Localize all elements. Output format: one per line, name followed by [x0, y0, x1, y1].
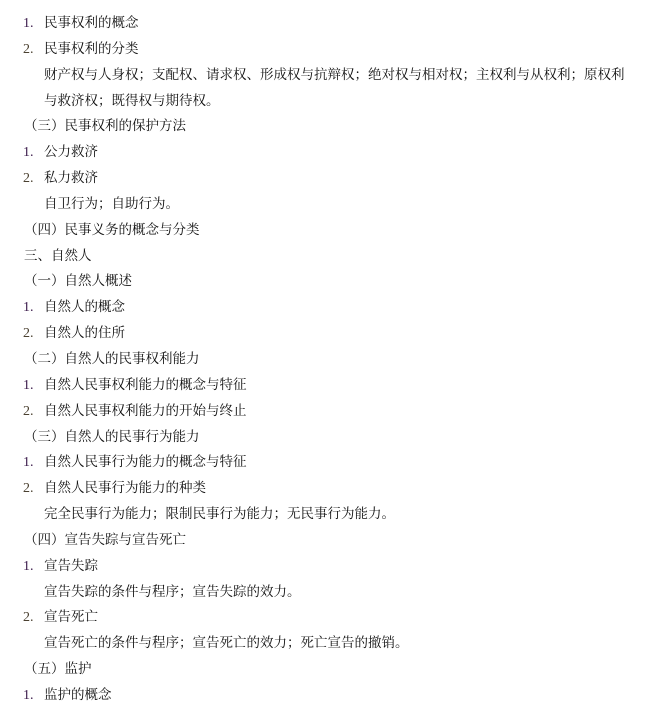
paragraph-line: 自卫行为；自助行为。 [0, 192, 665, 218]
item-text: 自然人民事行为能力的概念与特征 [44, 450, 247, 476]
item-text: 民事权利的概念 [44, 11, 139, 37]
subsection-heading: （四）民事义务的概念与分类 [0, 218, 665, 244]
list-item: 1. 自然人的概念 [0, 295, 665, 321]
item-number: 1. [23, 683, 34, 709]
item-number: 2. [23, 37, 34, 63]
list-item: 1. 自然人民事行为能力的概念与特征 [0, 450, 665, 476]
list-item: 1. 公力救济 [0, 140, 665, 166]
item-text: 自然人民事权利能力的开始与终止 [44, 399, 247, 425]
item-number: 1. [23, 140, 34, 166]
subsection-heading: （五）监护 [0, 657, 665, 683]
item-text: 自然人民事行为能力的种类 [44, 476, 206, 502]
section-heading: 三、自然人 [0, 244, 665, 270]
subsection-heading: （三）自然人的民事行为能力 [0, 425, 665, 451]
list-item: 1. 监护的概念 [0, 683, 665, 709]
subsection-heading: （三）民事权利的保护方法 [0, 114, 665, 140]
item-text: 监护的概念 [44, 683, 112, 709]
paragraph-line: 财产权与人身权；支配权、请求权、形成权与抗辩权；绝对权与相对权；主权利与从权利；… [0, 63, 665, 89]
paragraph-line: 与救济权；既得权与期待权。 [0, 89, 665, 115]
body-text: 与救济权；既得权与期待权。 [44, 89, 220, 115]
list-item: 1. 宣告失踪 [0, 554, 665, 580]
item-number: 2. [23, 321, 34, 347]
subsection-title: （四）民事义务的概念与分类 [24, 218, 200, 244]
subsection-heading: （四）宣告失踪与宣告死亡 [0, 528, 665, 554]
list-item: 1. 民事权利的概念 [0, 11, 665, 37]
item-text: 私力救济 [44, 166, 98, 192]
subsection-heading: （二）自然人的民事权利能力 [0, 347, 665, 373]
body-text: 宣告失踪的条件与程序；宣告失踪的效力。 [44, 580, 301, 606]
list-item: 2. 私力救济 [0, 166, 665, 192]
body-text: 财产权与人身权；支配权、请求权、形成权与抗辩权；绝对权与相对权；主权利与从权利；… [44, 63, 625, 89]
body-text: 完全民事行为能力；限制民事行为能力；无民事行为能力。 [44, 502, 395, 528]
item-number: 1. [23, 554, 34, 580]
document-body: 1. 民事权利的概念 2. 民事权利的分类 财产权与人身权；支配权、请求权、形成… [0, 11, 665, 709]
item-text: 宣告死亡 [44, 605, 98, 631]
paragraph-line: 宣告失踪的条件与程序；宣告失踪的效力。 [0, 580, 665, 606]
item-text: 民事权利的分类 [44, 37, 139, 63]
list-item: 1. 自然人民事权利能力的概念与特征 [0, 373, 665, 399]
subsection-title: （二）自然人的民事权利能力 [24, 347, 200, 373]
list-item: 2. 自然人民事权利能力的开始与终止 [0, 399, 665, 425]
paragraph-line: 宣告死亡的条件与程序；宣告死亡的效力；死亡宣告的撤销。 [0, 631, 665, 657]
item-number: 2. [23, 166, 34, 192]
subsection-title: （四）宣告失踪与宣告死亡 [24, 528, 186, 554]
body-text: 宣告死亡的条件与程序；宣告死亡的效力；死亡宣告的撤销。 [44, 631, 409, 657]
list-item: 2. 宣告死亡 [0, 605, 665, 631]
item-number: 2. [23, 476, 34, 502]
subsection-title: （三）自然人的民事行为能力 [24, 425, 200, 451]
item-text: 自然人的概念 [44, 295, 125, 321]
subsection-title: （三）民事权利的保护方法 [24, 114, 186, 140]
item-text: 自然人民事权利能力的概念与特征 [44, 373, 247, 399]
body-text: 自卫行为；自助行为。 [44, 192, 179, 218]
item-text: 公力救济 [44, 140, 98, 166]
item-number: 1. [23, 295, 34, 321]
list-item: 2. 自然人民事行为能力的种类 [0, 476, 665, 502]
item-number: 1. [23, 11, 34, 37]
section-title: 三、自然人 [24, 244, 92, 270]
item-number: 1. [23, 450, 34, 476]
item-number: 1. [23, 373, 34, 399]
item-number: 2. [23, 399, 34, 425]
subsection-title: （五）监护 [24, 657, 92, 683]
item-text: 自然人的住所 [44, 321, 125, 347]
subsection-title: （一）自然人概述 [24, 269, 132, 295]
list-item: 2. 民事权利的分类 [0, 37, 665, 63]
paragraph-line: 完全民事行为能力；限制民事行为能力；无民事行为能力。 [0, 502, 665, 528]
subsection-heading: （一）自然人概述 [0, 269, 665, 295]
list-item: 2. 自然人的住所 [0, 321, 665, 347]
item-text: 宣告失踪 [44, 554, 98, 580]
item-number: 2. [23, 605, 34, 631]
